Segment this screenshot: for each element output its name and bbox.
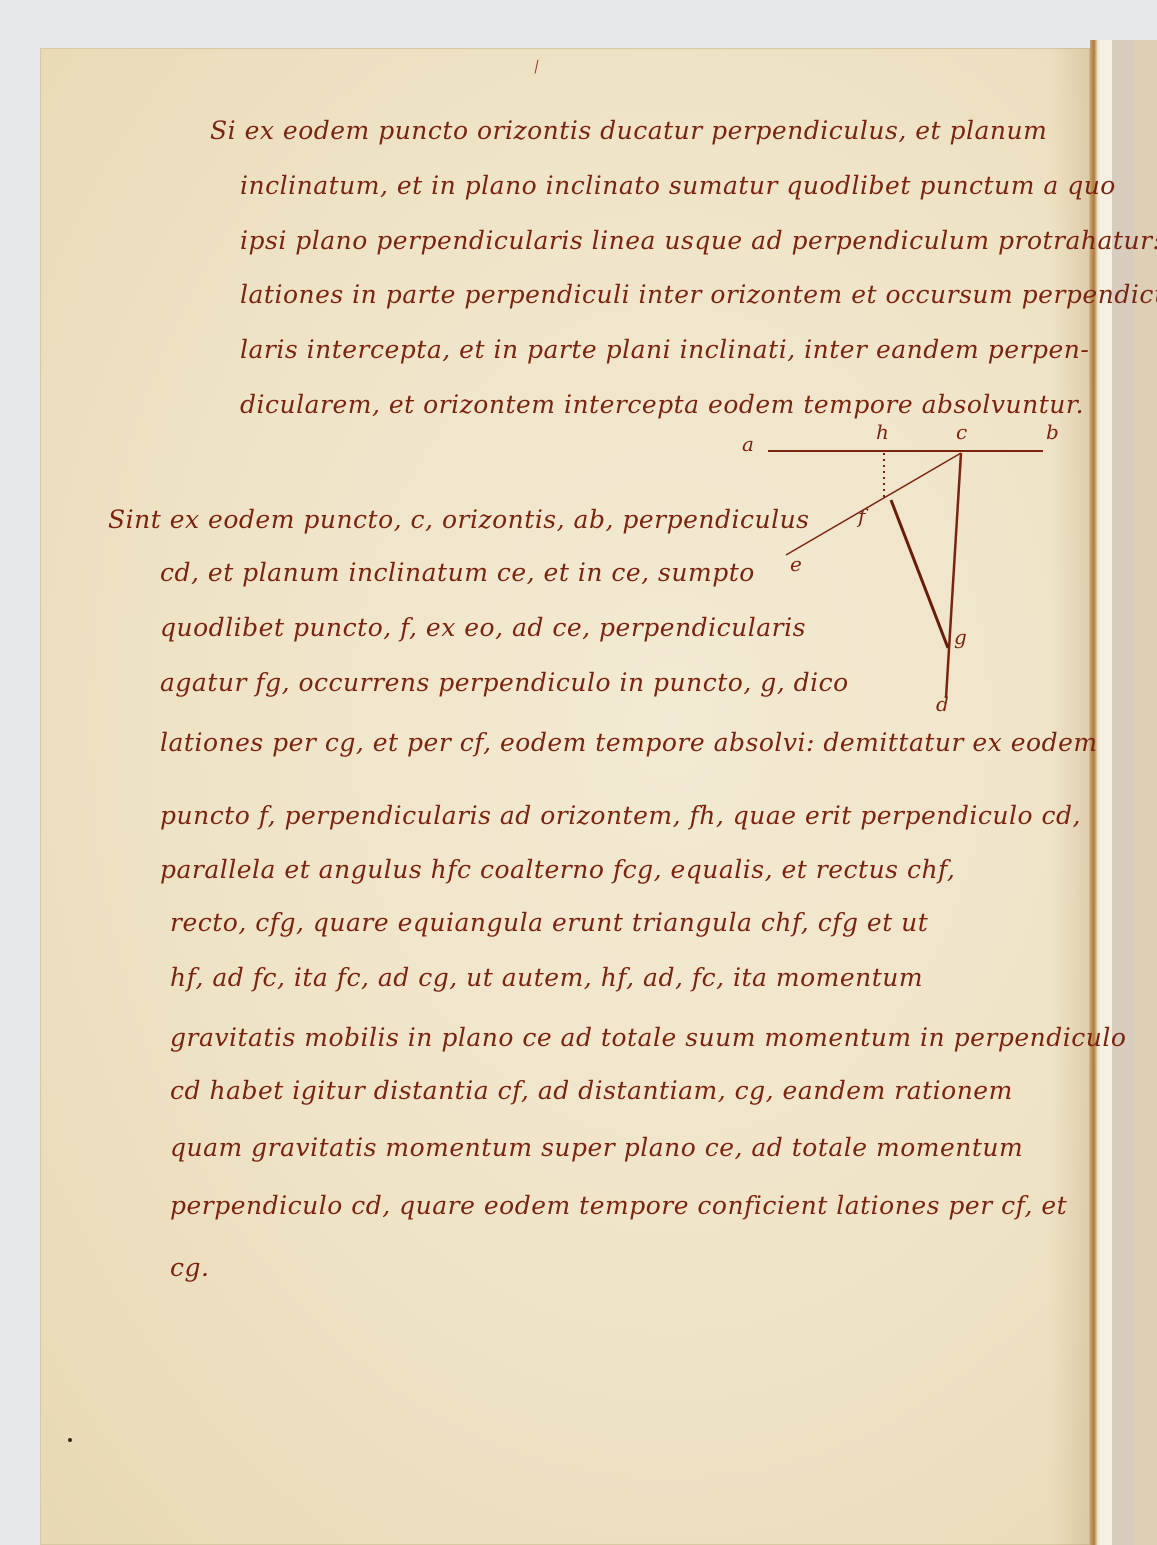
label-a: a — [742, 432, 754, 456]
demonstration-line: quodlibet puncto, f, ex eo, ad ce, perpe… — [160, 615, 806, 640]
demonstration-line: parallela et angulus hfc coalterno fcg, … — [160, 857, 955, 882]
next-leaf-edge — [1100, 40, 1112, 1545]
label-g: g — [954, 625, 967, 649]
next-leaf-edge — [1134, 40, 1157, 1545]
proposition-line: inclinatum, et in plano inclinato sumatu… — [240, 173, 1116, 198]
proposition-line: dicularem, et orizontem intercepta eodem… — [240, 392, 1084, 417]
demonstration-line: recto, cfg, quare equiangula erunt trian… — [170, 910, 928, 935]
label-b: b — [1046, 420, 1059, 444]
demonstration-line: Sint ex eodem puncto, c, orizontis, ab, … — [108, 507, 810, 532]
demonstration-line: cd habet igitur distantia cf, ad distant… — [170, 1078, 1013, 1103]
label-c: c — [956, 420, 967, 444]
ink-spot — [68, 1438, 72, 1442]
demonstration-line: gravitatis mobilis in plano ce ad totale… — [170, 1025, 1126, 1050]
demonstration-line: puncto f, perpendicularis ad orizontem, … — [160, 803, 1081, 828]
demonstration-line: cg. — [170, 1255, 209, 1280]
proposition-line: Si ex eodem puncto orizontis ducatur per… — [210, 118, 1047, 143]
label-h: h — [876, 420, 889, 444]
proposition-line: lationes in parte perpendiculi inter ori… — [240, 282, 1157, 307]
demonstration-line: lationes per cg, et per cf, eodem tempor… — [160, 730, 1098, 755]
label-d: d — [936, 692, 949, 716]
demonstration-line: cd, et planum inclinatum ce, et in ce, s… — [160, 560, 755, 585]
demonstration-line: agatur fg, occurrens perpendiculo in pun… — [160, 670, 849, 695]
demonstration-line: perpendiculo cd, quare eodem tempore con… — [170, 1193, 1067, 1218]
demonstration-line: quam gravitatis momentum super plano ce,… — [170, 1135, 1023, 1160]
manuscript-page — [40, 48, 1090, 1545]
next-leaf-edge — [1112, 40, 1134, 1545]
label-e: e — [790, 552, 802, 576]
proposition-line: laris intercepta, et in parte plani incl… — [240, 337, 1089, 362]
next-leaf-edge — [1090, 40, 1100, 1545]
proposition-line: ipsi plano perpendicularis linea usque a… — [240, 228, 1157, 253]
demonstration-line: hf, ad fc, ita fc, ad cg, ut autem, hf, … — [170, 965, 923, 990]
label-f: f — [858, 504, 865, 528]
